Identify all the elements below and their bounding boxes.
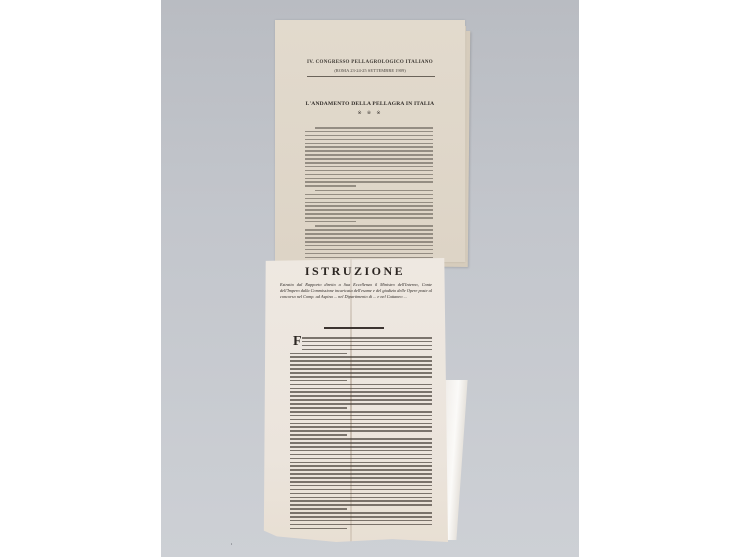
text-line: [305, 185, 356, 187]
text-line: [290, 388, 432, 390]
text-line: [290, 368, 432, 370]
text-line: [302, 349, 432, 351]
text-line: [290, 462, 432, 464]
text-line: [290, 504, 432, 506]
text-line: [290, 446, 432, 448]
congress-dates: (ROMA 23-24-25 SETTEMBRE 1909): [275, 68, 465, 73]
text-line: [290, 442, 432, 444]
text-line: [290, 493, 432, 495]
text-line: [290, 469, 432, 471]
text-line: [305, 178, 433, 180]
text-line: [305, 202, 433, 204]
text-line: [305, 209, 433, 211]
text-line: [302, 337, 432, 339]
text-line: [290, 403, 432, 405]
text-line: [290, 399, 432, 401]
text-line: [290, 458, 432, 460]
text-line: [290, 524, 432, 526]
text-line: [305, 237, 433, 239]
text-line: [305, 198, 433, 200]
text-line: [315, 225, 433, 227]
text-line: [290, 516, 432, 518]
text-line: [305, 143, 433, 145]
body-text: [290, 337, 432, 522]
text-line: [290, 372, 432, 374]
text-line: [305, 135, 433, 137]
text-line: [302, 345, 432, 347]
text-line: [315, 190, 433, 192]
text-line: [290, 364, 432, 366]
text-line: [290, 356, 432, 358]
text-line: [305, 146, 433, 148]
text-line: [305, 158, 433, 160]
text-line: [305, 213, 433, 215]
text-line: [290, 500, 432, 502]
text-line: [290, 497, 432, 499]
text-line: [290, 485, 432, 487]
text-line: [290, 508, 347, 510]
text-line: [290, 489, 432, 491]
text-line: [290, 477, 432, 479]
text-line: [305, 233, 433, 235]
text-line: [305, 194, 433, 196]
text-line: [305, 170, 433, 172]
text-line: [305, 162, 433, 164]
divider-rule: [324, 327, 384, 329]
ornament-icon: ※ ※ ※: [275, 110, 465, 116]
text-line: [305, 166, 433, 168]
text-line: [290, 434, 347, 436]
text-line: [290, 520, 432, 522]
text-line: [290, 411, 432, 413]
congress-document: IV. CONGRESSO PELLAGROLOGICO ITALIANO (R…: [275, 20, 465, 262]
text-line: [290, 481, 432, 483]
text-line: [305, 174, 433, 176]
text-line: [290, 380, 347, 382]
text-line: [290, 512, 432, 514]
text-line: [305, 229, 433, 231]
text-line: [290, 426, 432, 428]
text-line: [290, 407, 347, 409]
text-line: [290, 473, 432, 475]
text-line: [290, 528, 347, 530]
text-line: [290, 391, 432, 393]
text-line: [290, 415, 432, 417]
text-line: [290, 376, 432, 378]
text-line: [305, 139, 433, 141]
document-title: L'ANDAMENTO DELLA PELLAGRA IN ITALIA: [275, 101, 465, 107]
text-line: [290, 353, 347, 355]
text-line: [305, 221, 356, 223]
text-line: [305, 253, 433, 255]
text-line: [315, 127, 433, 129]
text-line: [290, 419, 432, 421]
text-line: [305, 257, 433, 259]
text-line: [290, 438, 432, 440]
text-line: [302, 341, 432, 343]
text-line: [305, 249, 433, 251]
page-mark: ı: [231, 541, 232, 546]
text-line: [290, 395, 432, 397]
text-line: [290, 360, 432, 362]
document-heading: ISTRUZIONE: [262, 264, 448, 279]
text-line: [290, 384, 432, 386]
istruzione-document: ISTRUZIONE Estratto dal Rapporto diretto…: [262, 258, 448, 542]
text-line: [290, 423, 432, 425]
text-line: [305, 245, 433, 247]
text-line: [290, 450, 432, 452]
text-line: [305, 217, 433, 219]
text-line: [305, 205, 433, 207]
text-line: [290, 465, 432, 467]
document-subtitle: Estratto dal Rapporto diretto a Sua Ecce…: [280, 282, 432, 301]
text-line: [290, 430, 432, 432]
congress-heading: IV. CONGRESSO PELLAGROLOGICO ITALIANO: [275, 60, 465, 65]
text-line: [305, 181, 433, 183]
divider-rule: [307, 76, 435, 77]
text-line: [305, 154, 433, 156]
text-line: [305, 150, 433, 152]
text-line: [290, 454, 432, 456]
text-line: [305, 131, 433, 133]
body-text: [305, 127, 433, 253]
text-line: [305, 241, 433, 243]
